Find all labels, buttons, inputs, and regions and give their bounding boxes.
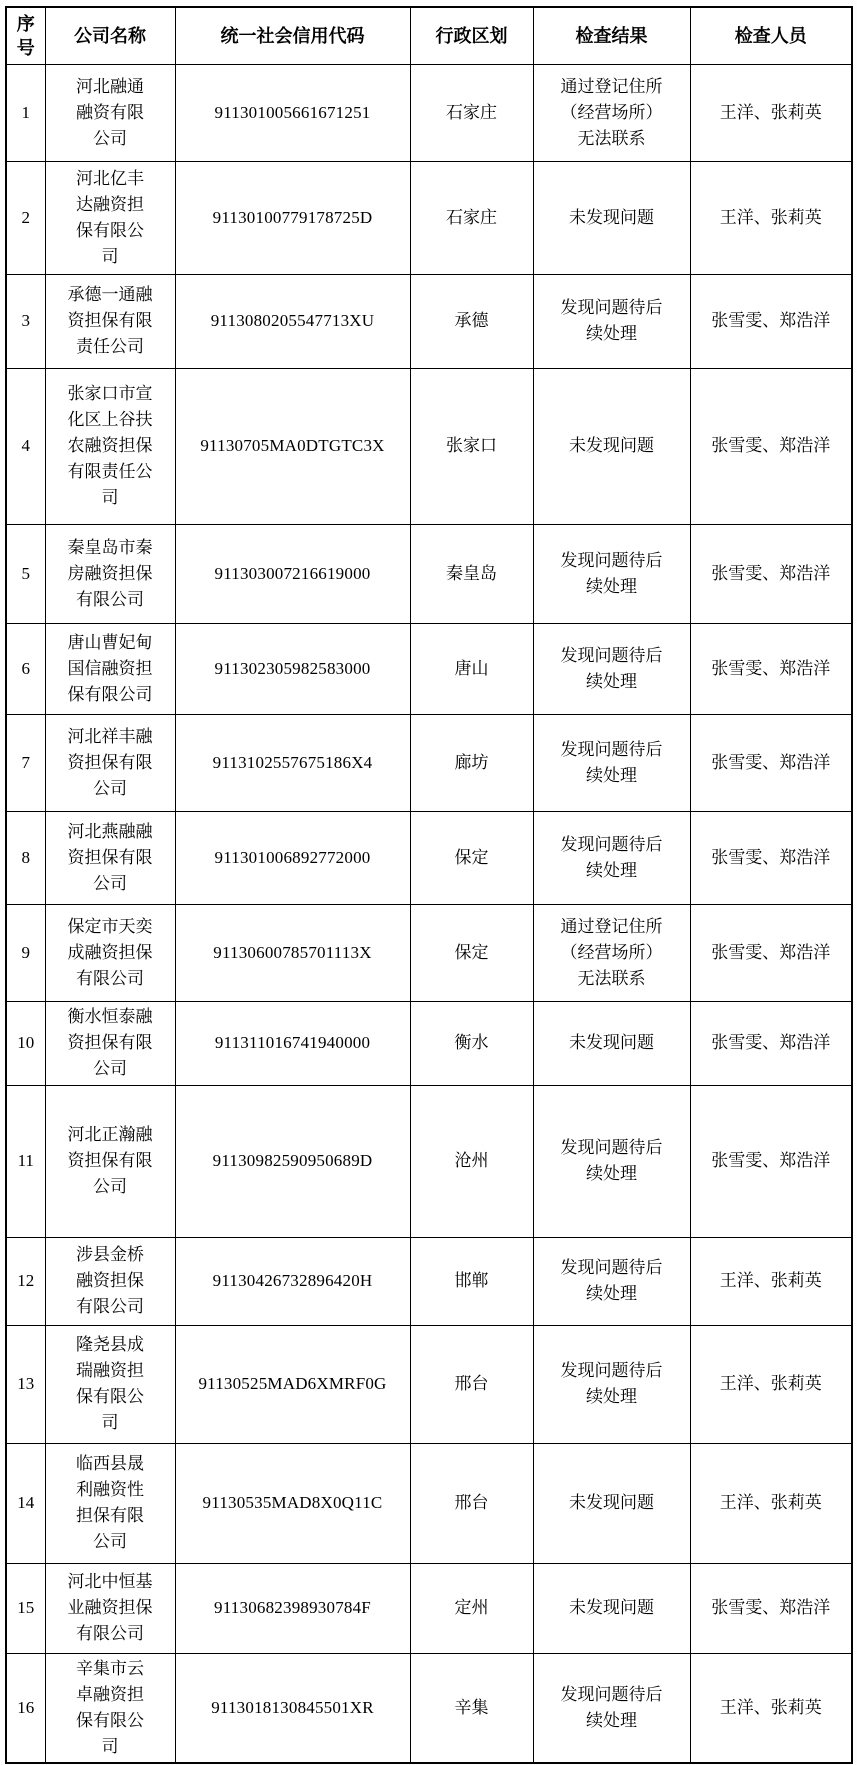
cell-inspectors: 王洋、张莉英: [690, 1653, 852, 1763]
table-row: 15 河北中恒基 业融资担保 有限公司 91130682398930784F 定…: [6, 1563, 852, 1653]
cell-result: 未发现问题: [533, 368, 690, 524]
cell-result: 发现问题待后 续处理: [533, 1237, 690, 1325]
cell-result: 发现问题待后 续处理: [533, 1325, 690, 1443]
cell-no: 2: [6, 161, 45, 274]
table-row: 5 秦皇岛市秦 房融资担保 有限公司 911303007216619000 秦皇…: [6, 524, 852, 623]
cell-code: 9113018130845501XR: [175, 1653, 410, 1763]
cell-code: 91130600785701113X: [175, 904, 410, 1001]
cell-no: 12: [6, 1237, 45, 1325]
header-cell-region: 行政区划: [410, 7, 533, 64]
inspection-table: 序号 公司名称 统一社会信用代码 行政区划 检查结果 检查人员 1 河北融通 融…: [5, 6, 853, 1764]
header-cell-no: 序号: [6, 7, 45, 64]
cell-company: 张家口市宣 化区上谷扶 农融资担保 有限责任公 司: [45, 368, 175, 524]
cell-company: 保定市天奕 成融资担保 有限公司: [45, 904, 175, 1001]
cell-region: 邢台: [410, 1443, 533, 1563]
cell-inspectors: 张雪雯、郑浩洋: [690, 524, 852, 623]
cell-no: 15: [6, 1563, 45, 1653]
cell-region: 沧州: [410, 1085, 533, 1237]
cell-region: 衡水: [410, 1001, 533, 1085]
cell-result: 通过登记住所 （经营场所） 无法联系: [533, 64, 690, 161]
cell-inspectors: 王洋、张莉英: [690, 1443, 852, 1563]
table-row: 11 河北正瀚融 资担保有限 公司 91130982590950689D 沧州 …: [6, 1085, 852, 1237]
cell-inspectors: 张雪雯、郑浩洋: [690, 1563, 852, 1653]
cell-inspectors: 张雪雯、郑浩洋: [690, 811, 852, 904]
cell-no: 13: [6, 1325, 45, 1443]
cell-result: 通过登记住所 （经营场所） 无法联系: [533, 904, 690, 1001]
cell-no: 7: [6, 714, 45, 811]
cell-no: 11: [6, 1085, 45, 1237]
table-row: 16 辛集市云 卓融资担 保有限公 司 9113018130845501XR 辛…: [6, 1653, 852, 1763]
table-header-row: 序号 公司名称 统一社会信用代码 行政区划 检查结果 检查人员: [6, 7, 852, 64]
table-row: 10 衡水恒泰融 资担保有限 公司 911311016741940000 衡水 …: [6, 1001, 852, 1085]
table-row: 7 河北祥丰融 资担保有限 公司 9113102557675186X4 廊坊 发…: [6, 714, 852, 811]
cell-inspectors: 王洋、张莉英: [690, 1325, 852, 1443]
table-row: 2 河北亿丰 达融资担 保有限公 司 91130100779178725D 石家…: [6, 161, 852, 274]
cell-no: 6: [6, 623, 45, 714]
cell-company: 隆尧县成 瑞融资担 保有限公 司: [45, 1325, 175, 1443]
cell-code: 91130982590950689D: [175, 1085, 410, 1237]
cell-inspectors: 张雪雯、郑浩洋: [690, 714, 852, 811]
table-row: 12 涉县金桥 融资担保 有限公司 91130426732896420H 邯郸 …: [6, 1237, 852, 1325]
cell-company: 秦皇岛市秦 房融资担保 有限公司: [45, 524, 175, 623]
cell-company: 衡水恒泰融 资担保有限 公司: [45, 1001, 175, 1085]
table-row: 1 河北融通 融资有限 公司 911301005661671251 石家庄 通过…: [6, 64, 852, 161]
cell-no: 5: [6, 524, 45, 623]
cell-code: 911311016741940000: [175, 1001, 410, 1085]
cell-company: 河北燕融融 资担保有限 公司: [45, 811, 175, 904]
cell-company: 临西县晟 利融资性 担保有限 公司: [45, 1443, 175, 1563]
cell-region: 廊坊: [410, 714, 533, 811]
cell-code: 9113102557675186X4: [175, 714, 410, 811]
cell-result: 发现问题待后 续处理: [533, 623, 690, 714]
cell-region: 承德: [410, 274, 533, 368]
cell-region: 保定: [410, 811, 533, 904]
cell-inspectors: 王洋、张莉英: [690, 1237, 852, 1325]
cell-code: 91130426732896420H: [175, 1237, 410, 1325]
cell-result: 发现问题待后 续处理: [533, 714, 690, 811]
cell-company: 河北正瀚融 资担保有限 公司: [45, 1085, 175, 1237]
table-row: 8 河北燕融融 资担保有限 公司 911301006892772000 保定 发…: [6, 811, 852, 904]
cell-region: 张家口: [410, 368, 533, 524]
cell-result: 未发现问题: [533, 161, 690, 274]
cell-result: 发现问题待后 续处理: [533, 811, 690, 904]
cell-company: 承德一通融 资担保有限 责任公司: [45, 274, 175, 368]
cell-code: 91130705MA0DTGTC3X: [175, 368, 410, 524]
cell-no: 8: [6, 811, 45, 904]
cell-result: 未发现问题: [533, 1001, 690, 1085]
cell-inspectors: 张雪雯、郑浩洋: [690, 623, 852, 714]
cell-region: 秦皇岛: [410, 524, 533, 623]
cell-no: 4: [6, 368, 45, 524]
cell-code: 91130525MAD6XMRF0G: [175, 1325, 410, 1443]
cell-result: 未发现问题: [533, 1563, 690, 1653]
table-row: 4 张家口市宣 化区上谷扶 农融资担保 有限责任公 司 91130705MA0D…: [6, 368, 852, 524]
header-cell-result: 检查结果: [533, 7, 690, 64]
header-cell-code: 统一社会信用代码: [175, 7, 410, 64]
document-page: 序号 公司名称 统一社会信用代码 行政区划 检查结果 检查人员 1 河北融通 融…: [0, 0, 857, 1765]
cell-inspectors: 张雪雯、郑浩洋: [690, 368, 852, 524]
cell-result: 发现问题待后 续处理: [533, 1653, 690, 1763]
cell-company: 河北亿丰 达融资担 保有限公 司: [45, 161, 175, 274]
cell-code: 911303007216619000: [175, 524, 410, 623]
cell-company: 河北中恒基 业融资担保 有限公司: [45, 1563, 175, 1653]
cell-region: 石家庄: [410, 161, 533, 274]
cell-region: 邯郸: [410, 1237, 533, 1325]
cell-region: 保定: [410, 904, 533, 1001]
cell-region: 唐山: [410, 623, 533, 714]
cell-no: 16: [6, 1653, 45, 1763]
header-cell-company: 公司名称: [45, 7, 175, 64]
cell-no: 9: [6, 904, 45, 1001]
cell-inspectors: 张雪雯、郑浩洋: [690, 1001, 852, 1085]
table-row: 9 保定市天奕 成融资担保 有限公司 91130600785701113X 保定…: [6, 904, 852, 1001]
cell-code: 91130535MAD8X0Q11C: [175, 1443, 410, 1563]
cell-code: 911302305982583000: [175, 623, 410, 714]
cell-region: 辛集: [410, 1653, 533, 1763]
cell-company: 河北祥丰融 资担保有限 公司: [45, 714, 175, 811]
cell-result: 未发现问题: [533, 1443, 690, 1563]
cell-company: 辛集市云 卓融资担 保有限公 司: [45, 1653, 175, 1763]
header-cell-inspectors: 检查人员: [690, 7, 852, 64]
cell-result: 发现问题待后 续处理: [533, 1085, 690, 1237]
cell-company: 河北融通 融资有限 公司: [45, 64, 175, 161]
cell-company: 唐山曹妃甸 国信融资担 保有限公司: [45, 623, 175, 714]
cell-code: 911301006892772000: [175, 811, 410, 904]
cell-no: 1: [6, 64, 45, 161]
table-row: 3 承德一通融 资担保有限 责任公司 9113080205547713XU 承德…: [6, 274, 852, 368]
cell-code: 91130100779178725D: [175, 161, 410, 274]
cell-inspectors: 张雪雯、郑浩洋: [690, 904, 852, 1001]
cell-result: 发现问题待后 续处理: [533, 524, 690, 623]
cell-inspectors: 王洋、张莉英: [690, 161, 852, 274]
cell-inspectors: 张雪雯、郑浩洋: [690, 274, 852, 368]
cell-inspectors: 张雪雯、郑浩洋: [690, 1085, 852, 1237]
table-row: 14 临西县晟 利融资性 担保有限 公司 91130535MAD8X0Q11C …: [6, 1443, 852, 1563]
table-row: 6 唐山曹妃甸 国信融资担 保有限公司 911302305982583000 唐…: [6, 623, 852, 714]
table-row: 13 隆尧县成 瑞融资担 保有限公 司 91130525MAD6XMRF0G 邢…: [6, 1325, 852, 1443]
cell-region: 邢台: [410, 1325, 533, 1443]
cell-code: 9113080205547713XU: [175, 274, 410, 368]
cell-region: 定州: [410, 1563, 533, 1653]
cell-company: 涉县金桥 融资担保 有限公司: [45, 1237, 175, 1325]
cell-code: 91130682398930784F: [175, 1563, 410, 1653]
cell-code: 911301005661671251: [175, 64, 410, 161]
cell-no: 3: [6, 274, 45, 368]
cell-region: 石家庄: [410, 64, 533, 161]
cell-no: 10: [6, 1001, 45, 1085]
cell-result: 发现问题待后 续处理: [533, 274, 690, 368]
cell-inspectors: 王洋、张莉英: [690, 64, 852, 161]
cell-no: 14: [6, 1443, 45, 1563]
